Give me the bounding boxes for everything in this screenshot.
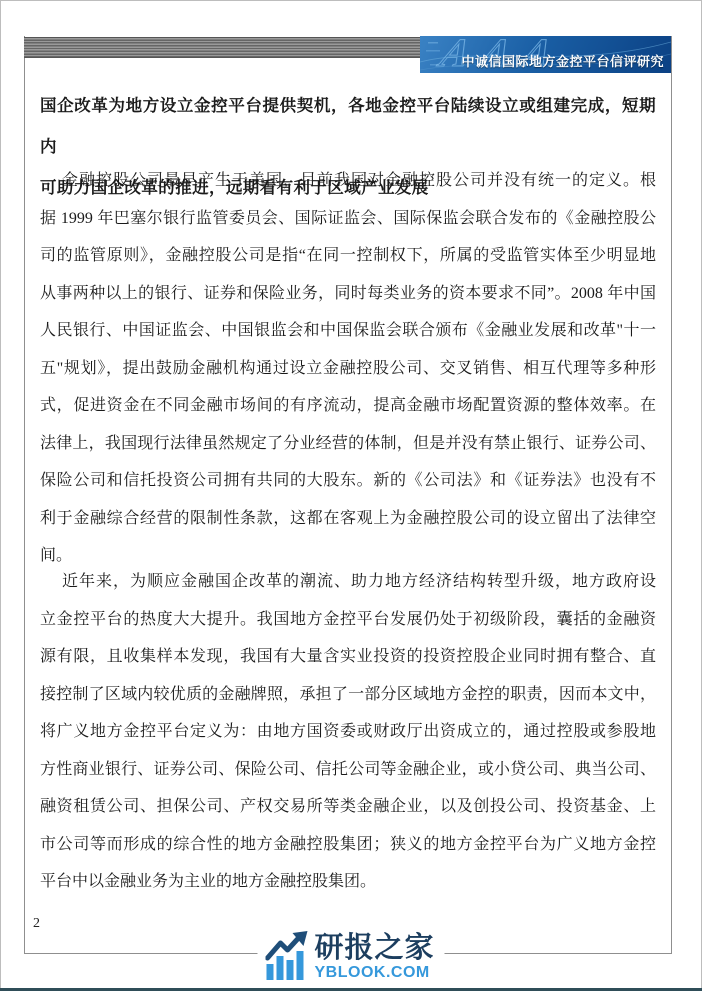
body-line: 方性商业银行、证券公司、保险公司、信托公司等金融企业，或小贷公司、典当公司、 xyxy=(40,751,656,789)
heading-line: 国企改革为地方设立金控平台提供契机，各地金控平台陆续设立或组建完成，短期内 xyxy=(40,85,656,167)
body-line: 融资租赁公司、担保公司、产权交易所等类金融企业，以及创投公司、投资基金、上 xyxy=(40,788,656,826)
watermark-site: YBLOOK.COM xyxy=(314,965,434,981)
body-line: 利于金融综合经营的限制性条款，这都在客观上为金融控股公司的设立留出了法律空 xyxy=(40,500,656,538)
watermark-name: 研报之家 xyxy=(314,934,434,963)
body-line: 五"规划》，提出鼓励金融机构通过设立金融控股公司、交叉销售、相互代理等多种形 xyxy=(40,350,656,388)
body-line: 法律上，我国现行法律虽然规定了分业经营的体制，但是并没有禁止银行、证券公司、 xyxy=(40,425,656,463)
body-line: 立金控平台的热度大大提升。我国地方金控平台发展仍处于初级阶段，囊括的金融资 xyxy=(40,601,656,639)
body-line: 据 1999 年巴塞尔银行监管委员会、国际证监会、国际保监会联合发布的《金融控股… xyxy=(40,200,656,238)
banner-title: 中诚信国际地方金控平台信评研究 xyxy=(461,51,664,70)
paragraph-1: 金融控股公司最早产生于美国，目前我国对金融控股公司并没有统一的定义。根 据 19… xyxy=(40,162,656,575)
body-line: 司的监管原则》，金融控股公司是指“在同一控制权下，所属的受监管实体至少明显地 xyxy=(40,237,656,275)
body-line: 保险公司和信托投资公司拥有共同的大股东。新的《公司法》和《证券法》也没有不 xyxy=(40,462,656,500)
page-number: 2 xyxy=(33,916,40,932)
header-stripe-bar xyxy=(24,37,420,58)
body-line: 从事两种以上的银行、证券和保险业务，同时每类业务的资本要求不同”。2008 年中… xyxy=(40,275,656,313)
body-line: 人民银行、中国证监会、中国银监会和中国保监会联合颁布《金融业发展和改革"十一 xyxy=(40,312,656,350)
body-line: 式，促进资金在不同金融市场间的有序流动，提高金融市场配置资源的整体效率。在 xyxy=(40,387,656,425)
body-line: 市公司等而形成的综合性的地方金融控股集团；狭义的地方金控平台为广义地方金控 xyxy=(40,826,656,864)
bar-chart-arrow-icon xyxy=(265,931,307,981)
body-line: 将广义地方金控平台定义为：由地方国资委或财政厅出资成立的，通过控股或参股地 xyxy=(40,713,656,751)
site-watermark: 研报之家 YBLOOK.COM xyxy=(257,929,444,983)
body-line: 金融控股公司最早产生于美国，目前我国对金融控股公司并没有统一的定义。根 xyxy=(40,162,656,200)
header-banner: AAA 中诚信国际地方金控平台信评研究 xyxy=(420,36,671,73)
body-line: 近年来，为顺应金融国企改革的潮流、助力地方经济结构转型升级，地方政府设 xyxy=(40,563,656,601)
body-line: 源有限，且收集样本发现，我国有大量含实业投资的投资控股企业同时拥有整合、直 xyxy=(40,638,656,676)
body-line: 接控制了区域内较优质的金融牌照，承担了一部分区域地方金控的职责，因而本文中， xyxy=(40,676,656,714)
paragraph-2: 近年来，为顺应金融国企改革的潮流、助力地方经济结构转型升级，地方政府设 立金控平… xyxy=(40,563,656,901)
watermark-text: 研报之家 YBLOOK.COM xyxy=(314,934,434,981)
body-line: 平台中以金融业务为主业的地方金融控股集团。 xyxy=(40,863,656,901)
